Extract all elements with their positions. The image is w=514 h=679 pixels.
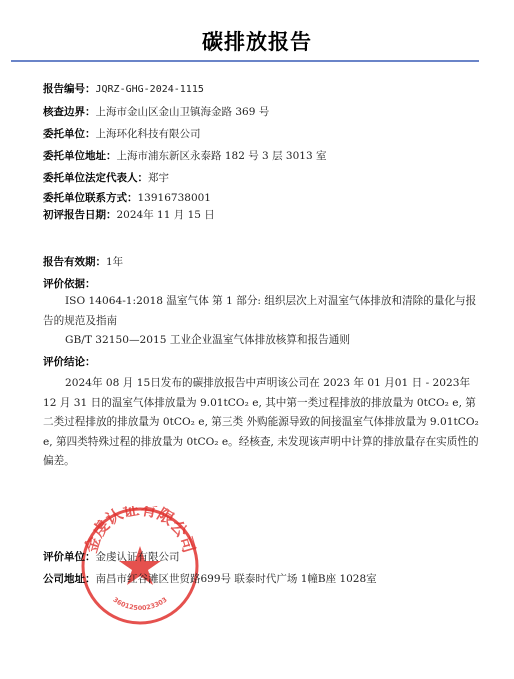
conclusion-heading: 评价结论：	[43, 355, 96, 369]
validity-value: 1年	[106, 256, 123, 268]
contact-value: 13916738001	[138, 192, 212, 204]
validity-row: 报告有效期：1年	[43, 255, 123, 269]
initial-date-label: 初评报告日期：	[43, 209, 117, 221]
client-value: 上海环化科技有限公司	[96, 128, 201, 140]
report-number-value: JQRZ-GHG-2024-1115	[96, 84, 204, 95]
evaluator-value: 金虔认证有限公司	[96, 551, 180, 563]
validity-label: 报告有效期：	[43, 256, 106, 268]
legal-rep-value: 郑宇	[148, 172, 169, 184]
client-row: 委托单位：上海环化科技有限公司	[43, 127, 201, 141]
client-label: 委托单位：	[43, 128, 96, 140]
contact-row: 委托单位联系方式：13916738001	[43, 191, 211, 205]
evaluator-label: 评价单位：	[43, 551, 96, 563]
verification-boundary-value: 上海市金山区金山卫镇海金路 369 号	[96, 106, 270, 118]
conclusion-heading-label: 评价结论：	[43, 356, 96, 368]
legal-rep-row: 委托单位法定代表人：郑宇	[43, 171, 169, 185]
report-number-label: 报告编号：	[43, 83, 96, 95]
basis-item-iso: ISO 14064-1:2018 温室气体 第 1 部分: 组织层次上对温室气体…	[43, 292, 480, 331]
title-divider	[11, 60, 479, 62]
basis-item-gbt: GB/T 32150—2015 工业企业温室气体排放核算和报告通则	[43, 331, 480, 351]
document-title: 碳排放报告	[0, 26, 514, 56]
company-address-value: 南昌市红谷滩区世贸路699号 联泰时代广场 1幢B座 1028室	[96, 573, 377, 585]
client-address-label: 委托单位地址：	[43, 150, 117, 162]
basis-heading-label: 评价依据：	[43, 278, 96, 290]
evaluator-row: 评价单位：金虔认证有限公司	[43, 549, 180, 564]
report-number-row: 报告编号：JQRZ-GHG-2024-1115	[43, 82, 204, 97]
initial-date-row: 初评报告日期：2024年 11 月 15 日	[43, 208, 215, 222]
client-address-value: 上海市浦东新区永泰路 182 号 3 层 3013 室	[117, 150, 327, 162]
company-seal-icon: 金虔认证有限公司 3601250023303	[80, 506, 200, 626]
company-address-label: 公司地址：	[43, 573, 96, 585]
verification-boundary-label: 核查边界：	[43, 106, 96, 118]
conclusion-paragraph: 2024年 08 月 15日发布的碳排放报告中声明该公司在 2023 年 01 …	[43, 374, 480, 472]
initial-date-value: 2024年 11 月 15 日	[117, 209, 215, 221]
verification-boundary-row: 核查边界：上海市金山区金山卫镇海金路 369 号	[43, 105, 269, 119]
contact-label: 委托单位联系方式：	[43, 192, 138, 204]
company-address-row: 公司地址：南昌市红谷滩区世贸路699号 联泰时代广场 1幢B座 1028室	[43, 571, 377, 586]
basis-heading: 评价依据：	[43, 277, 96, 291]
client-address-row: 委托单位地址：上海市浦东新区永泰路 182 号 3 层 3013 室	[43, 149, 326, 163]
svg-text:3601250023303: 3601250023303	[111, 596, 168, 612]
legal-rep-label: 委托单位法定代表人：	[43, 172, 148, 184]
